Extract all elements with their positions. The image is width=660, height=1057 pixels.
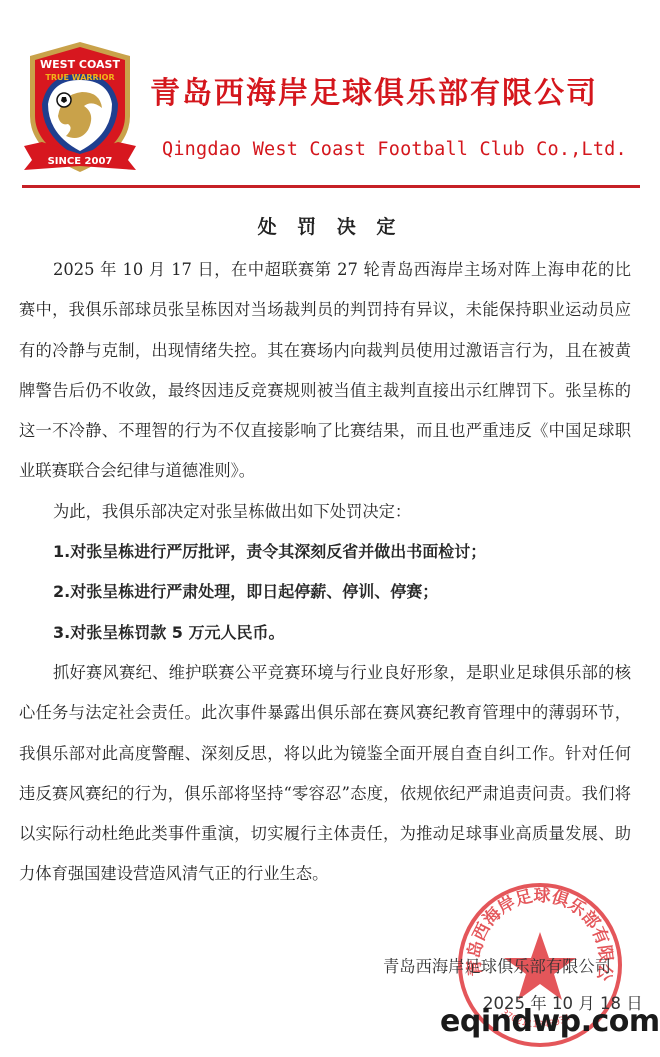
club-crest-logo: SINCE 2007 WEST COAST TRUE WARRIOR [22,38,138,178]
document-title: 处 罚 决 定 [0,212,660,239]
logo-ribbon-text: SINCE 2007 [48,156,113,167]
logo-top-text: WEST COAST [40,58,120,71]
company-name-en: Qingdao West Coast Football Club Co.,Ltd… [162,139,627,160]
paragraph-incident: 2025 年 10 月 17 日，在中超联赛第 27 轮青岛西海岸主场对阵上海申… [19,250,631,492]
penalty-item-2: 2.对张呈栋进行严肃处理，即日起停薪、停训、停赛； [19,572,631,612]
company-name-cn: 青岛西海岸足球俱乐部有限公司 [150,68,650,112]
penalty-item-1: 1.对张呈栋进行严厉批评，责令其深刻反省并做出书面检讨； [19,532,631,572]
watermark-text: eqindwp.com [440,1004,660,1039]
signature-organization: 青岛西海岸足球俱乐部有限公司 [383,953,611,977]
penalty-item-3: 3.对张呈栋罚款 5 万元人民币。 [19,613,631,653]
paragraph-closing: 抓好赛风赛纪、维护联赛公平竞赛环境与行业良好形象，是职业足球俱乐部的核心任务与法… [19,653,631,895]
header-divider [22,185,640,188]
document-body: 2025 年 10 月 17 日，在中超联赛第 27 轮青岛西海岸主场对阵上海申… [19,250,631,895]
logo-middle-text: TRUE WARRIOR [45,73,114,82]
paragraph-decision-intro: 为此，我俱乐部决定对张呈栋做出如下处罚决定： [19,492,631,532]
